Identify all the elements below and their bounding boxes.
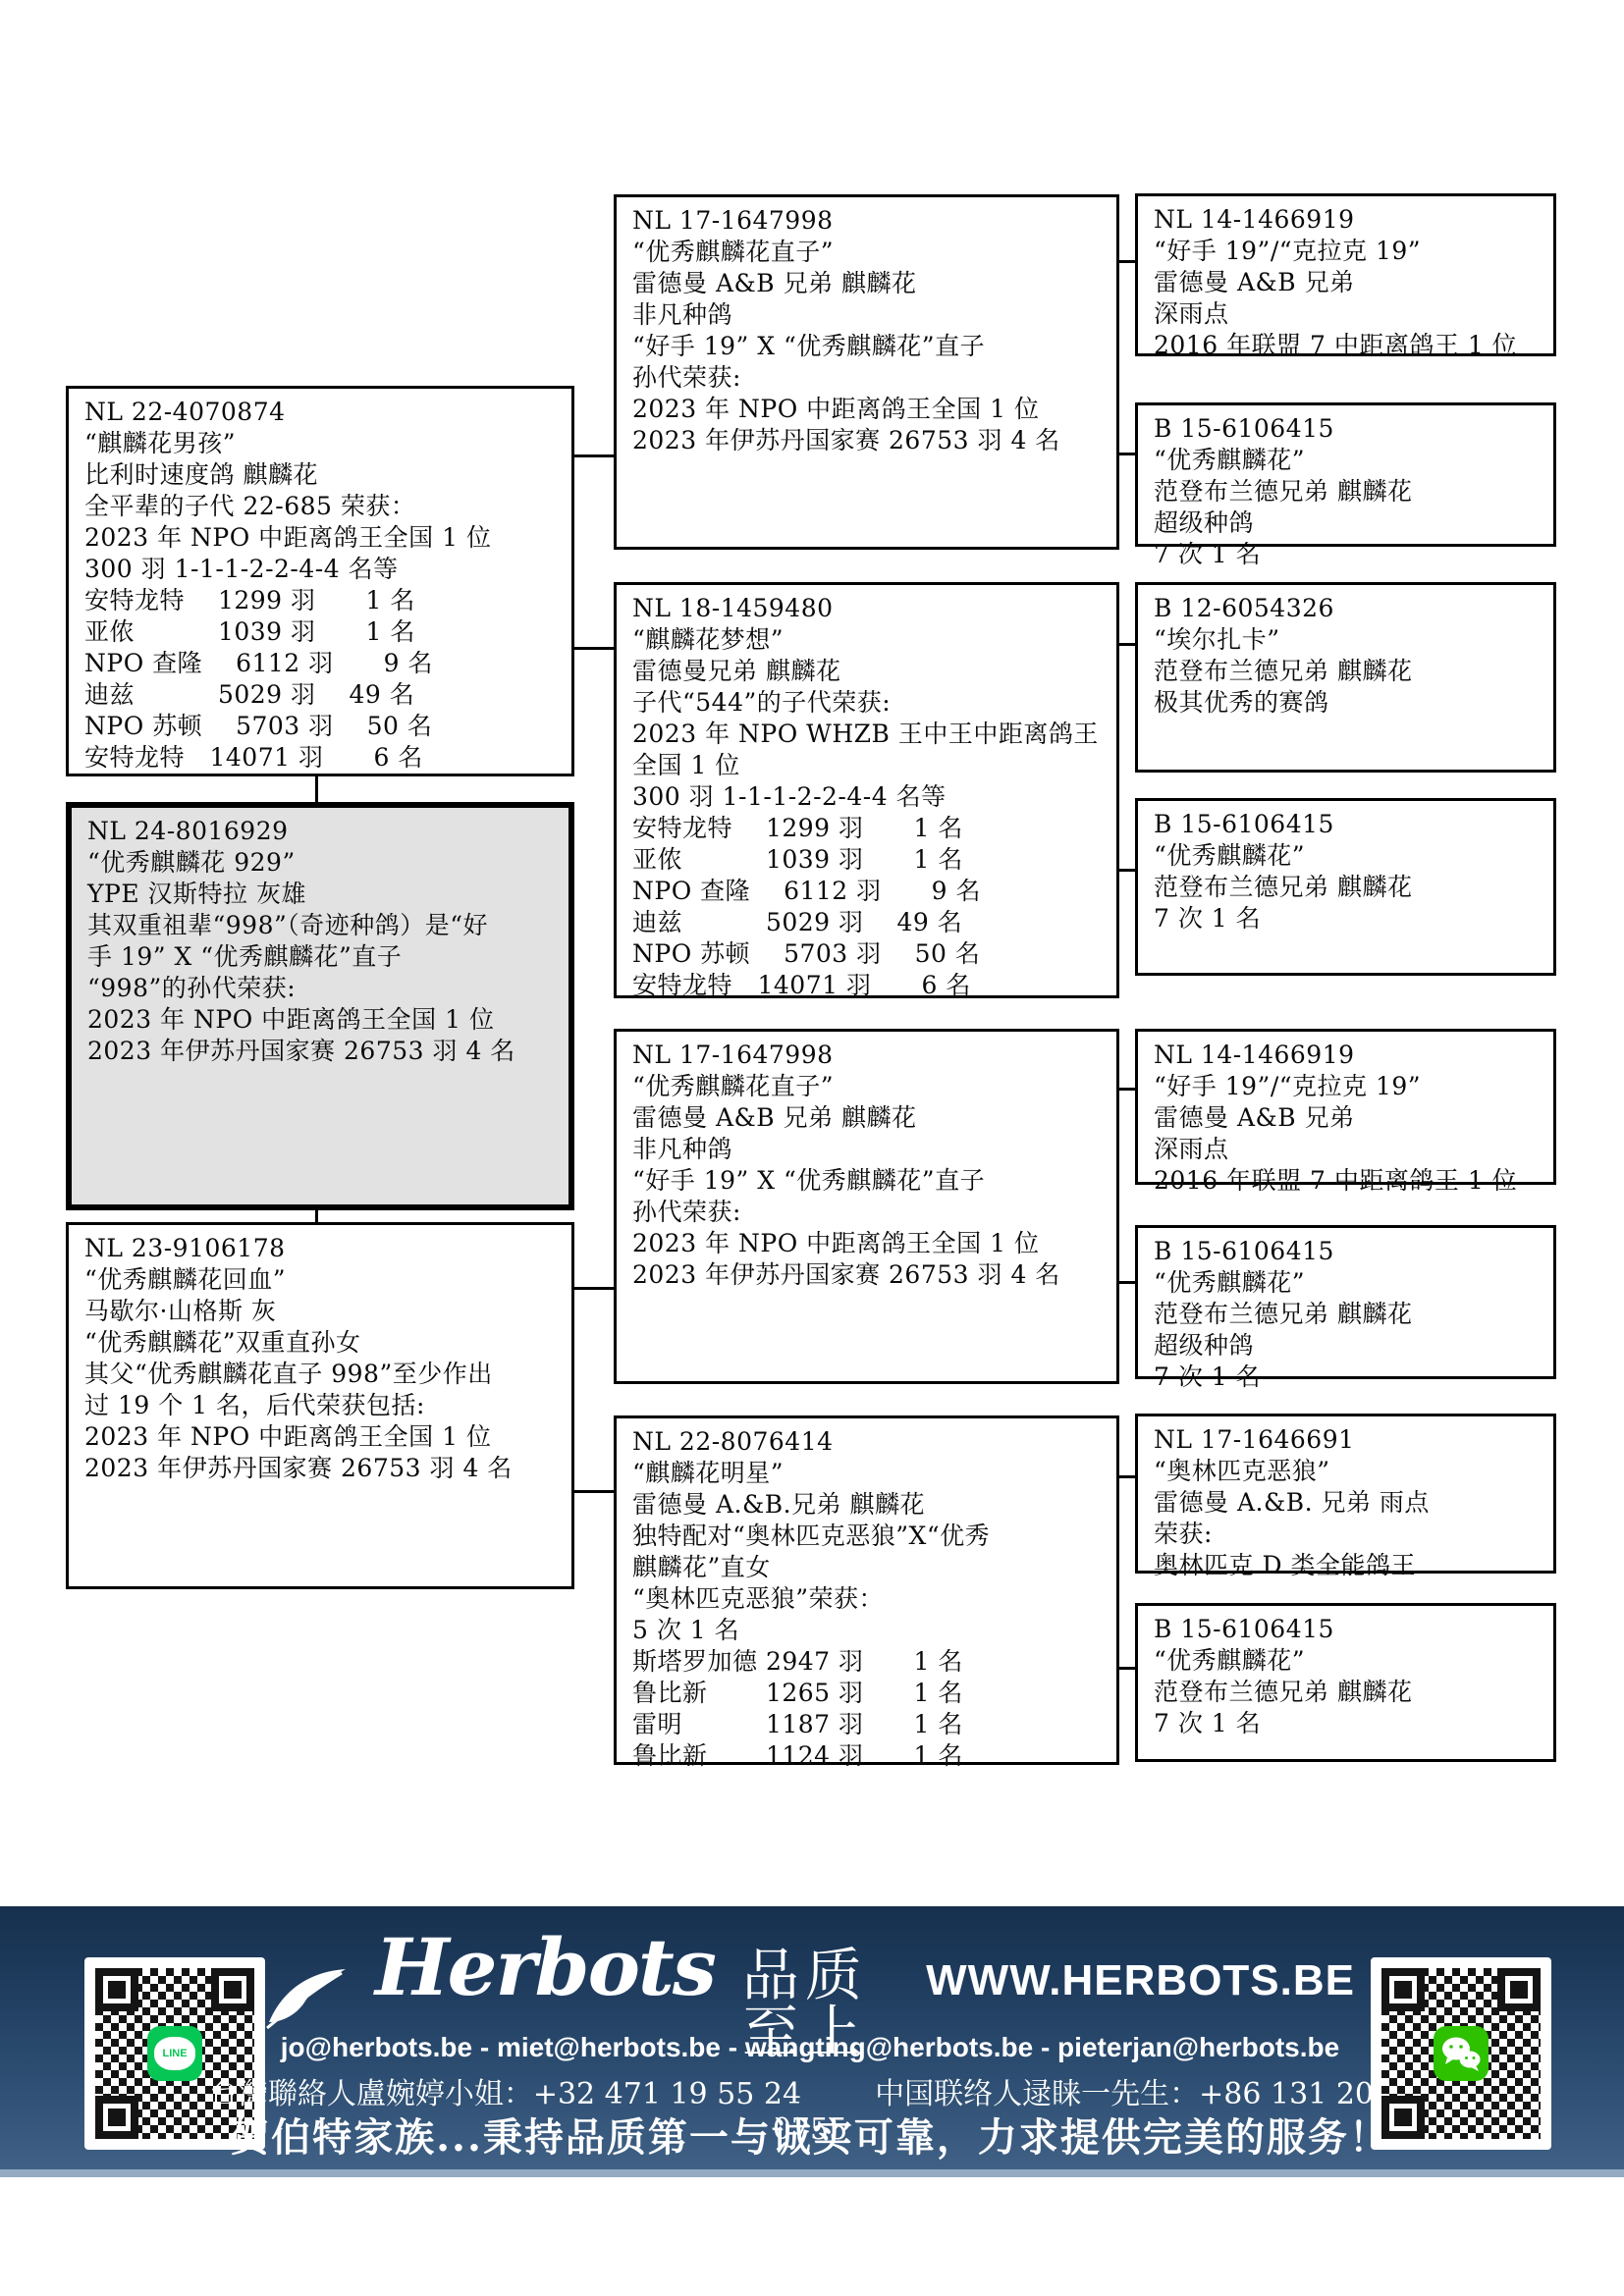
qr-finder-icon	[1381, 1968, 1425, 2011]
connector-line	[574, 454, 614, 457]
pedigree-box-sire: NL 22-4070874 “麒麟花男孩” 比利时速度鸽 麒麟花 全平辈的子代 …	[66, 386, 574, 776]
pedigree-box-ggp-1: NL 14-1466919 “好手 19”/“克拉克 19” 雷德曼 A&B 兄…	[1135, 193, 1556, 356]
connector-line	[1118, 643, 1135, 646]
pedigree-box-ggp-7: NL 17-1646691 “奥林匹克恶狼” 雷德曼 A.&B. 兄弟 雨点 荣…	[1135, 1414, 1556, 1574]
connector-line	[574, 647, 614, 650]
connector-line	[1118, 869, 1135, 872]
pedigree-box-dam-dam: NL 22-8076414 “麒麟花明星” 雷德曼 A.&B.兄弟 麒麟花 独特…	[614, 1415, 1119, 1765]
feather-icon	[265, 1967, 348, 2034]
footer-banner: LINE Herbots 品质至上 WWW.HERBOTS.BE jo@herb…	[0, 1906, 1624, 2169]
line-icon: LINE	[147, 2026, 202, 2081]
wechat-qr-code	[1371, 1957, 1551, 2150]
brand-logo: Herbots	[375, 1928, 715, 2006]
wechat-icon	[1434, 2026, 1489, 2081]
qr-finder-icon	[211, 1968, 254, 2011]
connector-line	[315, 1210, 318, 1222]
pedigree-box-ggp-5: NL 14-1466919 “好手 19”/“克拉克 19” 雷德曼 A&B 兄…	[1135, 1029, 1556, 1185]
pedigree-box-ggp-3: B 12-6054326 “埃尔扎卡” 范登布兰德兄弟 麒麟花 极其优秀的赛鸽	[1135, 582, 1556, 773]
connector-line	[574, 1287, 614, 1290]
pedigree-box-dam: NL 23-9106178 “优秀麒麟花回血” 马歇尔·山格斯 灰 “优秀麒麟花…	[66, 1222, 574, 1589]
qr-finder-icon	[95, 1968, 138, 2011]
pedigree-box-sire-sire: NL 17-1647998 “优秀麒麟花直子” 雷德曼 A&B 兄弟 麒麟花 非…	[614, 194, 1119, 550]
website-link[interactable]: WWW.HERBOTS.BE	[926, 1959, 1355, 2002]
pedigree-box-subject: NL 24-8016929 “优秀麒麟花 929” YPE 汉斯特拉 灰雄 其双…	[66, 802, 574, 1210]
connector-line	[1118, 1281, 1135, 1284]
contact-emails[interactable]: jo@herbots.be - miet@herbots.be - wangti…	[265, 2032, 1355, 2063]
qr-pattern	[1381, 1968, 1541, 2139]
connector-line	[1118, 453, 1135, 455]
pedigree-page: NL 22-4070874 “麒麟花男孩” 比利时速度鸽 麒麟花 全平辈的子代 …	[0, 0, 1624, 2296]
slogan-text: 贺伯特家族...秉持品质第一与诚实可靠，力求提供完美的服务！	[196, 2107, 1424, 2163]
connector-line	[1118, 1475, 1135, 1478]
qr-finder-icon	[1497, 1968, 1541, 2011]
connector-line	[1118, 260, 1135, 263]
pedigree-box-ggp-4: B 15-6106415 “优秀麒麟花” 范登布兰德兄弟 麒麟花 7 次 1 名	[1135, 798, 1556, 976]
connector-line	[315, 776, 318, 802]
line-speech-bubble-icon: LINE	[154, 2037, 195, 2070]
qr-finder-icon	[1381, 2096, 1425, 2139]
pedigree-box-ggp-8: B 15-6106415 “优秀麒麟花” 范登布兰德兄弟 麒麟花 7 次 1 名	[1135, 1603, 1556, 1762]
pedigree-box-sire-dam: NL 18-1459480 “麒麟花梦想” 雷德曼兄弟 麒麟花 子代“544”的…	[614, 582, 1119, 998]
connector-line	[574, 1490, 614, 1493]
connector-line	[1118, 1088, 1135, 1091]
qr-finder-icon	[95, 2096, 138, 2139]
pedigree-box-dam-sire: NL 17-1647998 “优秀麒麟花直子” 雷德曼 A&B 兄弟 麒麟花 非…	[614, 1029, 1119, 1384]
footer-bottom-strip	[0, 2169, 1624, 2177]
connector-line	[1118, 1667, 1135, 1670]
pedigree-box-ggp-6: B 15-6106415 “优秀麒麟花” 范登布兰德兄弟 麒麟花 超级种鸽 7 …	[1135, 1225, 1556, 1379]
pedigree-box-ggp-2: B 15-6106415 “优秀麒麟花” 范登布兰德兄弟 麒麟花 超级种鸽 7 …	[1135, 402, 1556, 547]
line-label: LINE	[162, 2048, 187, 2059]
